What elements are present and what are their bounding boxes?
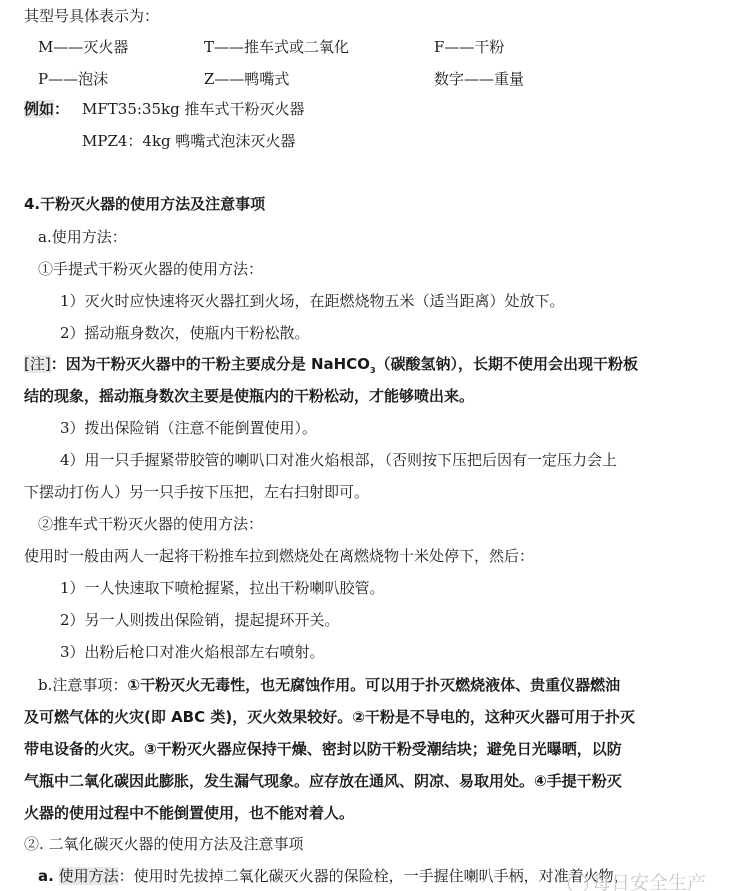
- co2-usage-label: 使用方法: [59, 867, 119, 885]
- precautions-line-1: b.注意事项：①干粉灭火无毒性，也无腐蚀作用。可以用于扑灭燃烧液体、贵重仪器燃油: [38, 675, 620, 695]
- note-line-1: [注]：因为干粉灭火器中的干粉主要成分是 NaHCO3（碳酸氢钠），长期不使用会…: [24, 354, 638, 381]
- precautions-line-3: 带电设备的火灾。③干粉灭火器应保持干燥、密封以防干粉受潮结块；避免日光曝晒，以防: [24, 739, 622, 759]
- portable-title: ①手提式干粉灭火器的使用方法：: [38, 259, 263, 279]
- example-mpz4: MPZ4：4kg 鸭嘴式泡沫灭火器: [82, 131, 295, 151]
- co2-usage-line: a. 使用方法：使用时先拔掉二氧化碳灭火器的保险栓，一手握住喇叭手柄，对准着火物…: [38, 866, 629, 886]
- step-3: 3）拨出保险销（注意不能倒置使用）。: [60, 418, 317, 438]
- cart-step-1: 1）一人快速取下喷枪握紧，拉出干粉喇叭胶管。: [60, 578, 385, 598]
- precautions-label: b.注意事项：: [38, 676, 127, 694]
- step-4: 4）用一只手握紧带胶管的喇叭口对准火焰根部，（否则按下压把后因有一定压力会上: [60, 450, 617, 470]
- wechat-icon: [568, 874, 588, 891]
- watermark: 每日安全生产: [568, 868, 706, 891]
- example-line-1: 例如： MFT35:35kg 推车式干粉灭火器: [24, 99, 69, 119]
- cart-title: ②推车式干粉灭火器的使用方法：: [38, 514, 263, 534]
- step-1: 1）灭火时应快速将灭火器扛到火场，在距燃烧物五米（适当距离）处放下。: [60, 291, 565, 311]
- section-4-heading: 4.干粉灭火器的使用方法及注意事项: [24, 194, 265, 214]
- co2-section-heading: ②. 二氧化碳灭火器的使用方法及注意事项: [24, 834, 304, 854]
- note-line-2: 结的现象，摇动瓶身数次主要是使瓶内的干粉松动，才能够喷出来。: [24, 386, 474, 406]
- example-label: 例如: [24, 100, 54, 118]
- precautions-line-5: 火器的使用过程中不能倒置使用，也不能对着人。: [24, 803, 354, 823]
- example-mft35: MFT35:35kg 推车式干粉灭火器: [82, 99, 304, 119]
- note-label: [注]: [24, 355, 51, 373]
- precautions-line-4: 气瓶中二氧化碳因此膨胀，发生漏气现象。应存放在通风、阴凉、易取用处。④手提干粉灭: [24, 771, 622, 791]
- code-z: Z——鸭嘴式: [204, 68, 289, 89]
- usage-label: a.使用方法：: [38, 227, 127, 247]
- cart-intro: 使用时一般由两人一起将干粉推车拉到燃烧处在离燃烧物十米处停下，然后：: [24, 546, 534, 566]
- code-p: P——泡沫: [38, 68, 108, 89]
- cart-step-2: 2）另一人则拨出保险销，提起提环开关。: [60, 610, 340, 630]
- intro-text: 其型号具体表示为：: [24, 6, 159, 26]
- code-f: F——干粉: [434, 36, 504, 57]
- code-number: 数字——重量: [434, 68, 524, 89]
- precautions-line-2: 及可燃气体的火灾(即 ABC 类)，灭火效果较好。②干粉是不导电的，这种灭火器可…: [24, 707, 635, 727]
- cart-step-3: 3）出粉后枪口对准火焰根部左右喷射。: [60, 642, 325, 662]
- step-2: 2）摇动瓶身数次，使瓶内干粉松散。: [60, 323, 310, 343]
- step-4-continued: 下摆动打伤人）另一只手按下压把，左右扫射即可。: [24, 482, 369, 502]
- code-m: M——灭火器: [38, 36, 128, 57]
- code-t: T——推车式或二氧化: [204, 36, 349, 57]
